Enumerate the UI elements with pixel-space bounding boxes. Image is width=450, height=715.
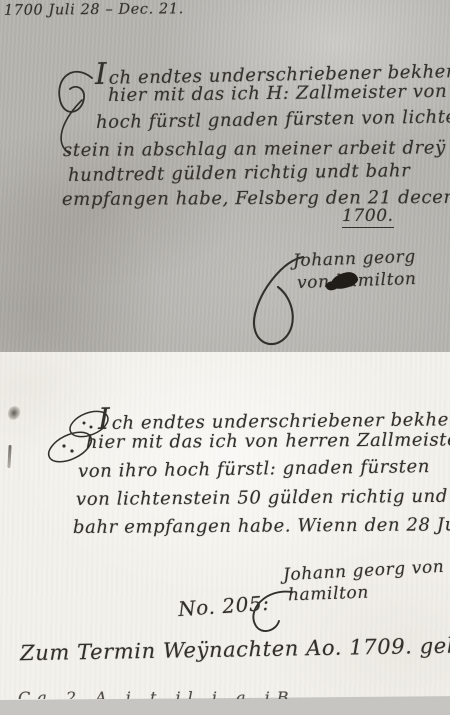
receipt-line: hier mit das ich H: Zallmeister von ihro — [108, 80, 450, 106]
upper-receipt-sheet: 1700 Juli 28 – Dec. 21. Ich endtes under… — [0, 0, 450, 353]
document-scan: 1700 Juli 28 – Dec. 21. Ich endtes under… — [0, 0, 450, 715]
receipt-line: hier mit das ich von herren Zallmeister — [86, 429, 450, 453]
receipt-date: 1700. — [342, 206, 394, 228]
archival-date-note: 1700 Juli 28 – Dec. 21. — [4, 1, 184, 19]
signature-line: Johann georg — [293, 247, 416, 271]
receipt-line: bahr empfangen habe. Wienn den 28 Juli 1… — [73, 514, 450, 538]
receipt-line: hundtredt gülden richtig undt bahr — [68, 160, 411, 186]
receipt-line: stein in abschlag an meiner arbeit dreÿ — [63, 137, 446, 161]
signature-line: hamilton — [288, 583, 370, 606]
receipt-line: hoch fürstl gnaden fürsten von lichten — [96, 106, 450, 133]
receipt-line: von lichtenstein 50 gülden richtig und — [76, 486, 448, 510]
cutoff-text-line: Ca 2 A i t il i a iB — [18, 687, 438, 699]
receipt-line-text: bahr empfangen habe. Wienn den 28 Juli — [73, 514, 450, 538]
